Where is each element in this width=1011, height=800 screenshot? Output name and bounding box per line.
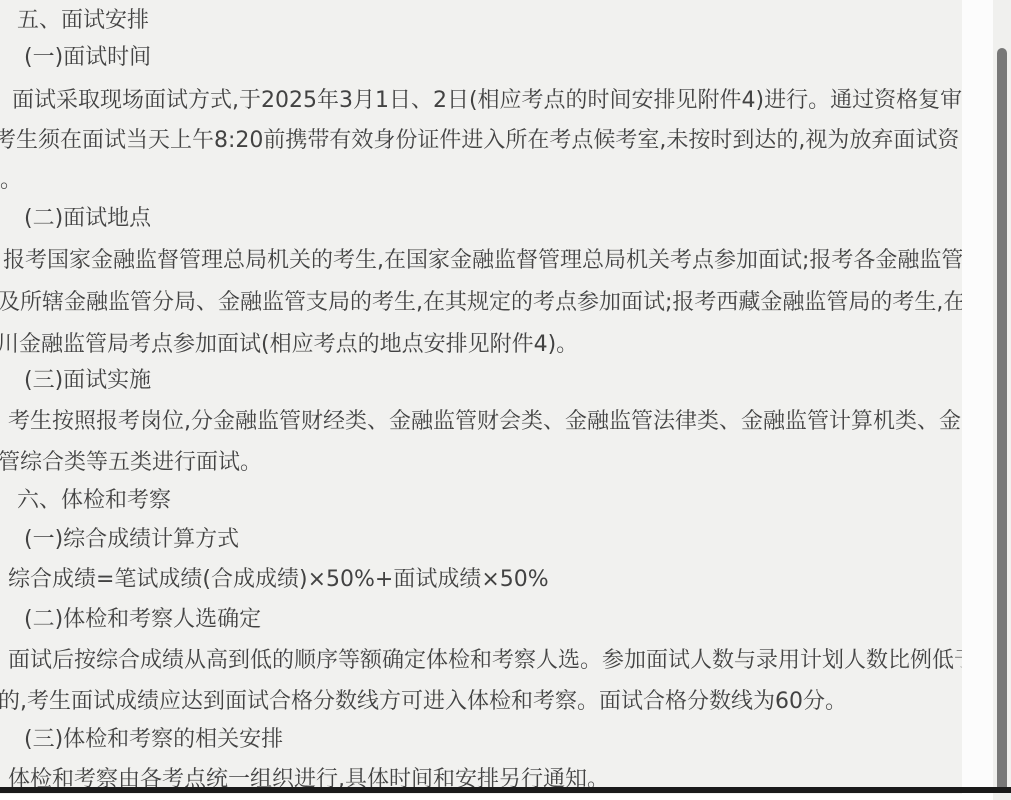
document-viewer: 五、面试安排 (一)面试时间 面试采取现场面试方式,于2025年3月1日、2日(…: [0, 0, 1011, 800]
doc-body-line: 的,考生面试成绩应达到面试合格分数线方可进入体检和考察。面试合格分数线为60分。: [0, 689, 847, 715]
doc-body-line: 管综合类等五类进行面试。: [0, 450, 262, 476]
sub-heading: (三)体检和考察的相关安排: [24, 727, 283, 753]
doc-body-line: 格。: [0, 168, 22, 194]
doc-body-line: 川金融监管局考点参加面试(相应考点的地点安排见附件4)。: [0, 332, 578, 358]
sub-heading: (三)面试实施: [24, 368, 151, 394]
doc-body-line: 报考国家金融监督管理总局机关的考生,在国家金融监督管理总局机关考点参加面试;报考…: [3, 248, 962, 274]
sub-heading: (一)综合成绩计算方式: [24, 527, 239, 553]
scrollbar-track[interactable]: [993, 0, 1011, 800]
bottom-edge-bar: [0, 787, 1011, 793]
section-heading: 六、体检和考察: [17, 488, 171, 514]
doc-body-line: 面试采取现场面试方式,于2025年3月1日、2日(相应考点的时间安排见附件4)进…: [12, 88, 962, 114]
section-heading: 五、面试安排: [17, 8, 149, 34]
doc-body-line: 考生按照报考岗位,分金融监管财经类、金融监管财会类、金融监管法律类、金融监管计算…: [8, 409, 962, 435]
doc-body-line: 考生须在面试当天上午8:20前携带有效身份证件进入所在考点候考室,未按时到达的,…: [0, 128, 959, 154]
doc-body-line: 面试后按综合成绩从高到低的顺序等额确定体检和考察人选。参加面试人数与录用计划人数…: [8, 648, 962, 674]
document-page: 五、面试安排 (一)面试时间 面试采取现场面试方式,于2025年3月1日、2日(…: [0, 0, 962, 794]
sub-heading: (二)体检和考察人选确定: [24, 607, 261, 633]
scrollbar-thumb[interactable]: [997, 48, 1007, 792]
doc-body-line: 及所辖金融监管分局、金融监管支局的考生,在其规定的考点参加面试;报考西藏金融监管…: [0, 290, 962, 316]
sub-heading: (一)面试时间: [24, 45, 151, 71]
right-margin-strip: [962, 0, 993, 794]
formula-line: 综合成绩=笔试成绩(合成成绩)×50%+面试成绩×50%: [8, 567, 549, 593]
sub-heading: (二)面试地点: [24, 206, 151, 232]
